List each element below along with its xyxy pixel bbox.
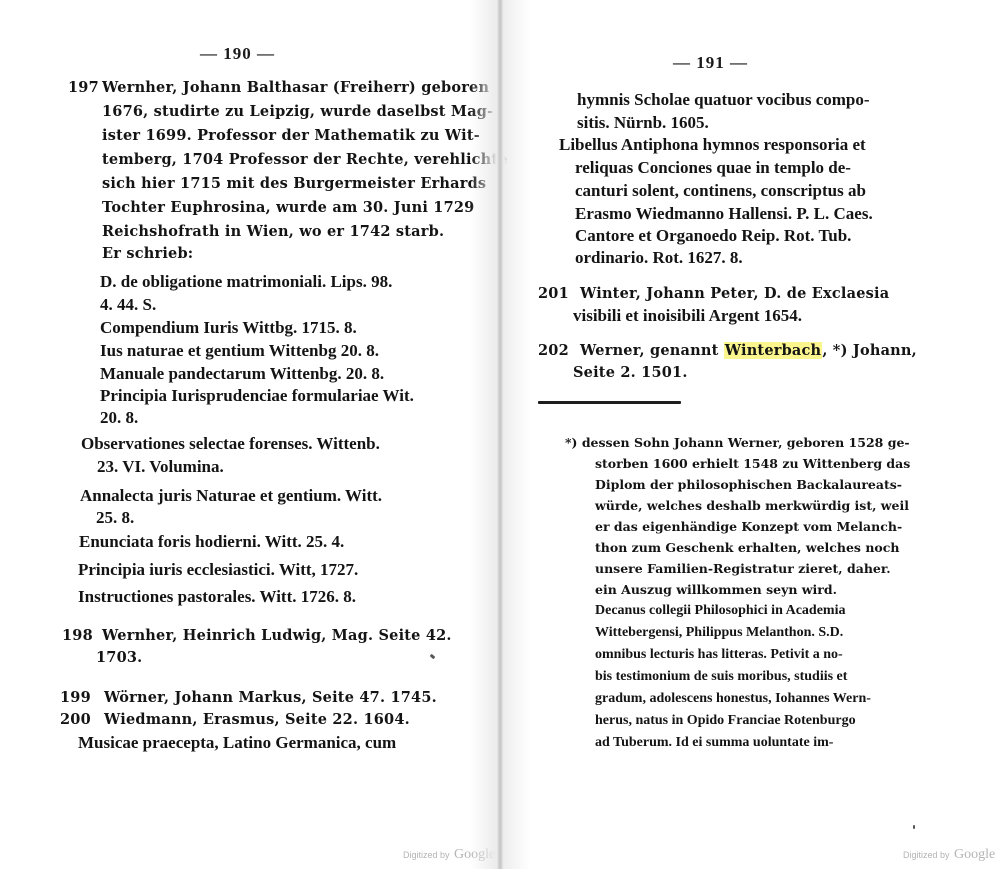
entry-text-before: Werner, genannt: [580, 342, 724, 359]
text-line: temberg, 1704 Professor der Rechte, vere…: [102, 148, 508, 172]
watermark-prefix: Digitized by: [903, 850, 950, 860]
footnote-line: storben 1600 erhielt 1548 zu Wittenberg …: [595, 454, 910, 474]
entry-number: 202: [538, 339, 580, 363]
work-title-line: Libellus Antiphona hymnos responsoria et: [559, 133, 866, 157]
text-line: Er schrieb:: [102, 242, 193, 266]
work-title-line: 20. 8.: [100, 406, 138, 430]
entry-number: 201: [538, 282, 580, 306]
text-line: visibili et inoisibili Argent 1654.: [573, 304, 802, 328]
footnote-latin-line: Wittebergensi, Philippus Melanthon. S.D.: [595, 622, 843, 643]
footnote-line: würde, welches deshalb merkwürdig ist, w…: [595, 496, 909, 516]
work-title-line: D. de obligatione matrimoniali. Lips. 98…: [100, 270, 392, 294]
book-spread: — 190 — 197Wernher, Johann Balthasar (Fr…: [0, 0, 1000, 869]
work-title-line: 4. 44. S.: [100, 293, 156, 317]
work-title-line: sitis. Nürnb. 1605.: [577, 111, 709, 135]
work-title-line: ordinario. Rot. 1627. 8.: [575, 246, 743, 270]
entry-number: 200: [60, 708, 104, 732]
footnote-text: dessen Sohn Johann Werner, geboren 1528 …: [582, 435, 910, 450]
entry-text: Winter, Johann Peter, D. de Exclaesia: [580, 285, 889, 302]
entry-text: Wernher, Heinrich Ludwig, Mag. Seite 42.: [102, 627, 452, 644]
ink-speck: [430, 654, 436, 660]
work-title-line: Erasmo Wiedmanno Hallensi. P. L. Caes.: [575, 202, 873, 226]
work-title-line: Musicae praecepta, Latino Germanica, cum: [78, 731, 396, 755]
entry-number: 198: [62, 624, 102, 648]
footnote-line: thon zum Geschenk erhalten, welches noch: [595, 538, 899, 558]
footnote-latin-line: gradum, adolescens honestus, Iohannes We…: [595, 688, 871, 709]
footnote-latin-line: Decanus collegii Philosophici in Academi…: [595, 600, 845, 621]
entry-200-line: 200Wiedmann, Erasmus, Seite 22. 1604.: [60, 708, 410, 732]
footnote-line: ein Auszug willkommen seyn wird.: [595, 580, 837, 600]
entry-text: Wiedmann, Erasmus, Seite 22. 1604.: [104, 711, 410, 728]
work-title-line: Ius naturae et gentium Wittenbg 20. 8.: [100, 339, 379, 363]
entry-201-line: 201Winter, Johann Peter, D. de Exclaesia: [538, 282, 889, 306]
work-title-line: 23. VI. Volumina.: [97, 455, 224, 479]
work-title-line: Principia Iurisprudenciae formulariae Wi…: [100, 384, 414, 408]
entry-202-line: 202Werner, genannt Winterbach, *) Johann…: [538, 339, 917, 363]
google-wordmark: Google: [954, 847, 995, 862]
text-line: Tochter Euphrosina, wurde am 30. Juni 17…: [102, 196, 474, 220]
text-line: 1703.: [96, 646, 142, 670]
entry-number: 197: [68, 76, 102, 100]
watermark-prefix: Digitized by: [403, 850, 450, 860]
work-title-line: Compendium Iuris Wittbg. 1715. 8.: [100, 316, 357, 340]
work-title-line: reliquas Conciones quae in templo de-: [575, 156, 851, 180]
left-page: — 190 — 197Wernher, Johann Balthasar (Fr…: [0, 0, 499, 869]
footnote-line: er das eigenhändige Konzept vom Melanch-: [595, 517, 902, 537]
work-title-line: Manuale pandectarum Wittenbg. 20. 8.: [100, 362, 384, 386]
work-title-line: canturi solent, continens, conscriptus a…: [575, 179, 866, 203]
footnote-latin-line: herus, natus in Opido Franciae Rotenburg…: [595, 710, 856, 731]
footnote-first-line: *) dessen Sohn Johann Werner, geboren 15…: [565, 433, 910, 453]
search-highlight[interactable]: Winterbach: [724, 342, 823, 359]
footnote-line: unsere Familien-Registratur zieret, dahe…: [595, 559, 891, 579]
text-line: Reichshofrath in Wien, wo er 1742 starb.: [102, 220, 444, 244]
entry-198-line: 198Wernher, Heinrich Ludwig, Mag. Seite …: [62, 624, 452, 648]
digitized-watermark: Digitized by Google: [903, 845, 995, 863]
footnote-line: Diplom der philosophischen Backalaureats…: [595, 475, 902, 495]
work-title-line: Principia iuris ecclesiastici. Witt, 172…: [78, 558, 358, 582]
page-number: — 191 —: [673, 53, 748, 73]
work-title-line: Annalecta juris Naturae et gentium. Witt…: [80, 484, 382, 508]
entry-number: 199: [60, 686, 104, 710]
work-title-line: Instructiones pastorales. Witt. 1726. 8.: [78, 585, 356, 609]
entry-text: Wörner, Johann Markus, Seite 47. 1745.: [104, 689, 437, 706]
footnote-latin-line: omnibus lecturis has litteras. Petivit a…: [595, 644, 843, 665]
work-title-line: 25. 8.: [96, 506, 134, 530]
page-number: — 190 —: [200, 44, 275, 64]
footnote-latin-line: ad Tuberum. Id ei summa uoluntate im-: [595, 732, 833, 753]
footnote-marker: *): [565, 435, 577, 450]
work-title-line: hymnis Scholae quatuor vocibus compo-: [577, 88, 870, 112]
text-line: Seite 2. 1501.: [573, 361, 688, 385]
entry-text: Wernher, Johann Balthasar (Freiherr) geb…: [102, 79, 489, 96]
entry-197-line: 197Wernher, Johann Balthasar (Freiherr) …: [68, 76, 489, 100]
text-line: 1676, studirte zu Leipzig, wurde daselbs…: [102, 100, 493, 124]
text-line: ister 1699. Professor der Mathematik zu …: [102, 124, 480, 148]
footnote-separator: [538, 401, 681, 404]
entry-text-after: , *) Johann,: [822, 342, 917, 359]
ink-speck: [913, 825, 915, 829]
work-title-line: Enunciata foris hodierni. Witt. 25. 4.: [79, 530, 344, 554]
footnote-latin-line: bis testimonium de suis moribus, studiis…: [595, 666, 847, 687]
text-line: sich hier 1715 mit des Burgermeister Erh…: [102, 172, 486, 196]
work-title-line: Observationes selectae forenses. Wittenb…: [81, 432, 380, 456]
work-title-line: Cantore et Organoedo Reip. Rot. Tub.: [575, 224, 851, 248]
entry-199-line: 199Wörner, Johann Markus, Seite 47. 1745…: [60, 686, 437, 710]
